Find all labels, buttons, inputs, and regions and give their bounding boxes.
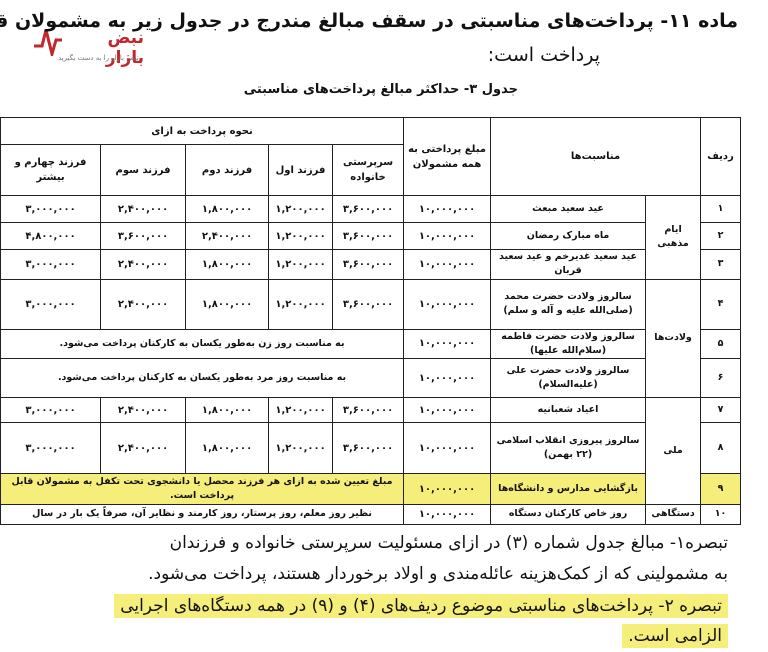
child3-cell: ۲,۴۰۰,۰۰۰ — [101, 250, 186, 280]
amount-cell: ۱۰,۰۰۰,۰۰۰ — [404, 250, 491, 280]
child4-cell: ۳,۰۰۰,۰۰۰ — [1, 250, 101, 280]
child2-cell: ۲,۴۰۰,۰۰۰ — [186, 223, 269, 250]
merged-note-cell: نظیر روز معلم، روز پرستار، روز کارمند و … — [1, 505, 404, 525]
merged-note-cell: به مناسبت روز مرد به‌طور یکسان به کارکنا… — [1, 359, 404, 398]
child4-cell: ۳,۰۰۰,۰۰۰ — [1, 279, 101, 329]
head-cell: ۳,۶۰۰,۰۰۰ — [333, 223, 404, 250]
category-cell: ایام مذهبی — [646, 196, 701, 280]
occasion-cell: عید سعید غدیرخم و عید سعید قربان — [491, 250, 646, 280]
child3-cell: ۲,۴۰۰,۰۰۰ — [101, 423, 186, 474]
table-row: ۴ ولادت‌ها سالروز ولادت حضرت محمد (صلی‌ا… — [1, 279, 741, 329]
radif-cell: ۱ — [701, 196, 741, 223]
watermark-brand: نبض بازار — [64, 28, 144, 68]
note1-line1: تبصره۱- مبالغ جدول شماره (۳) در ازای مسئ… — [170, 533, 728, 553]
occasion-cell: بازگشایی مدارس و دانشگاه‌ها — [491, 474, 646, 505]
table-row: ۸ سالروز پیروزی انقلاب اسلامی (۲۲ بهمن) … — [1, 423, 741, 474]
merged-note-cell: مبلغ تعیین شده به ازای هر فرزند محصل یا … — [1, 474, 404, 505]
radif-cell: ۶ — [701, 359, 741, 398]
header-child4plus: فرزند چهارم و بیشتر — [1, 145, 101, 196]
header-child3: فرزند سوم — [101, 145, 186, 196]
radif-cell: ۳ — [701, 250, 741, 280]
article-heading: ماده ۱۱- پرداخت‌های مناسبتی در سقف مبالغ… — [0, 10, 738, 32]
radif-cell: ۷ — [701, 398, 741, 423]
category-cell: دستگاهی — [646, 505, 701, 525]
note2-line1: تبصره ۲- پرداخت‌های مناسبتی موضوع ردیف‌ه… — [114, 596, 728, 616]
header-payment-group: نحوه پرداخت به ازای — [1, 118, 404, 145]
child2-cell: ۱,۸۰۰,۰۰۰ — [186, 423, 269, 474]
radif-cell: ۲ — [701, 223, 741, 250]
child1-cell: ۱,۲۰۰,۰۰۰ — [269, 398, 333, 423]
table-row-highlighted: ۹ بازگشایی مدارس و دانشگاه‌ها ۱۰,۰۰۰,۰۰۰… — [1, 474, 741, 505]
table-row: ۲ ماه مبارک رمضان ۱۰,۰۰۰,۰۰۰ ۳,۶۰۰,۰۰۰ ۱… — [1, 223, 741, 250]
table-row: ۱۰ دستگاهی روز خاص کارکنان دستگاه ۱۰,۰۰۰… — [1, 505, 741, 525]
header-child2: فرزند دوم — [186, 145, 269, 196]
payments-table: ردیف مناسبت‌ها مبلغ پرداختی به همه مشمول… — [0, 117, 741, 525]
child1-cell: ۱,۲۰۰,۰۰۰ — [269, 250, 333, 280]
header-amount-all: مبلغ پرداختی به همه مشمولان — [404, 118, 491, 196]
child1-cell: ۱,۲۰۰,۰۰۰ — [269, 279, 333, 329]
header-radif: ردیف — [701, 118, 741, 196]
child1-cell: ۱,۲۰۰,۰۰۰ — [269, 423, 333, 474]
occasion-cell: سالروز ولادت حضرت محمد (صلی‌الله علیه و … — [491, 279, 646, 329]
note2-line2-text: الزامی است. — [622, 624, 728, 648]
radif-cell: ۸ — [701, 423, 741, 474]
header-occasions: مناسبت‌ها — [491, 118, 701, 196]
amount-cell: ۱۰,۰۰۰,۰۰۰ — [404, 329, 491, 359]
occasion-cell: سالروز پیروزی انقلاب اسلامی (۲۲ بهمن) — [491, 423, 646, 474]
merged-note-cell: به مناسبت روز زن به‌طور یکسان به کارکنان… — [1, 329, 404, 359]
head-cell: ۳,۶۰۰,۰۰۰ — [333, 250, 404, 280]
child2-cell: ۱,۸۰۰,۰۰۰ — [186, 196, 269, 223]
category-cell: ولادت‌ها — [646, 279, 701, 398]
table-row: ۷ ملی اعیاد شعبانیه ۱۰,۰۰۰,۰۰۰ ۳,۶۰۰,۰۰۰… — [1, 398, 741, 423]
article-heading-cont: پرداخت است: — [488, 44, 600, 66]
occasion-cell: سالروز ولادت حضرت فاطمه (سلام‌الله علیها… — [491, 329, 646, 359]
note2-line2: الزامی است. — [622, 626, 728, 646]
child4-cell: ۳,۰۰۰,۰۰۰ — [1, 398, 101, 423]
child2-cell: ۱,۸۰۰,۰۰۰ — [186, 279, 269, 329]
child3-cell: ۲,۴۰۰,۰۰۰ — [101, 196, 186, 223]
amount-cell: ۱۰,۰۰۰,۰۰۰ — [404, 196, 491, 223]
amount-cell: ۱۰,۰۰۰,۰۰۰ — [404, 505, 491, 525]
note1-line2: به مشمولینی که از کمک‌هزینه عائله‌مندی و… — [148, 564, 728, 584]
head-cell: ۳,۶۰۰,۰۰۰ — [333, 196, 404, 223]
watermark-tagline: نبض بازار را به دست بگیرید — [58, 54, 139, 62]
head-cell: ۳,۶۰۰,۰۰۰ — [333, 423, 404, 474]
amount-cell: ۱۰,۰۰۰,۰۰۰ — [404, 474, 491, 505]
child2-cell: ۱,۸۰۰,۰۰۰ — [186, 398, 269, 423]
table-row: ۱ ایام مذهبی عید سعید مبعث ۱۰,۰۰۰,۰۰۰ ۳,… — [1, 196, 741, 223]
child2-cell: ۱,۸۰۰,۰۰۰ — [186, 250, 269, 280]
category-cell: ملی — [646, 398, 701, 505]
table-title: جدول ۳- حداکثر مبالغ پرداخت‌های مناسبتی — [244, 82, 518, 97]
radif-cell: ۱۰ — [701, 505, 741, 525]
amount-cell: ۱۰,۰۰۰,۰۰۰ — [404, 398, 491, 423]
child3-cell: ۲,۴۰۰,۰۰۰ — [101, 279, 186, 329]
radif-cell: ۹ — [701, 474, 741, 505]
amount-cell: ۱۰,۰۰۰,۰۰۰ — [404, 423, 491, 474]
amount-cell: ۱۰,۰۰۰,۰۰۰ — [404, 359, 491, 398]
header-child1: فرزند اول — [269, 145, 333, 196]
child4-cell: ۳,۰۰۰,۰۰۰ — [1, 423, 101, 474]
occasion-cell: روز خاص کارکنان دستگاه — [491, 505, 646, 525]
occasion-cell: سالروز ولادت حضرت علی (علیه‌السلام) — [491, 359, 646, 398]
amount-cell: ۱۰,۰۰۰,۰۰۰ — [404, 223, 491, 250]
note2-line1-text: تبصره ۲- پرداخت‌های مناسبتی موضوع ردیف‌ه… — [114, 594, 728, 618]
child4-cell: ۳,۰۰۰,۰۰۰ — [1, 196, 101, 223]
table-row: ۳ عید سعید غدیرخم و عید سعید قربان ۱۰,۰۰… — [1, 250, 741, 280]
child4-cell: ۴,۸۰۰,۰۰۰ — [1, 223, 101, 250]
head-cell: ۳,۶۰۰,۰۰۰ — [333, 398, 404, 423]
occasion-cell: اعیاد شعبانیه — [491, 398, 646, 423]
child1-cell: ۱,۲۰۰,۰۰۰ — [269, 196, 333, 223]
amount-cell: ۱۰,۰۰۰,۰۰۰ — [404, 279, 491, 329]
occasion-cell: عید سعید مبعث — [491, 196, 646, 223]
table-row: ۶ سالروز ولادت حضرت علی (علیه‌السلام) ۱۰… — [1, 359, 741, 398]
table-row: ۵ سالروز ولادت حضرت فاطمه (سلام‌الله علی… — [1, 329, 741, 359]
head-cell: ۳,۶۰۰,۰۰۰ — [333, 279, 404, 329]
occasion-cell: ماه مبارک رمضان — [491, 223, 646, 250]
radif-cell: ۵ — [701, 329, 741, 359]
radif-cell: ۴ — [701, 279, 741, 329]
child3-cell: ۳,۶۰۰,۰۰۰ — [101, 223, 186, 250]
child3-cell: ۲,۴۰۰,۰۰۰ — [101, 398, 186, 423]
header-household-head: سرپرستی خانواده — [333, 145, 404, 196]
child1-cell: ۱,۲۰۰,۰۰۰ — [269, 223, 333, 250]
